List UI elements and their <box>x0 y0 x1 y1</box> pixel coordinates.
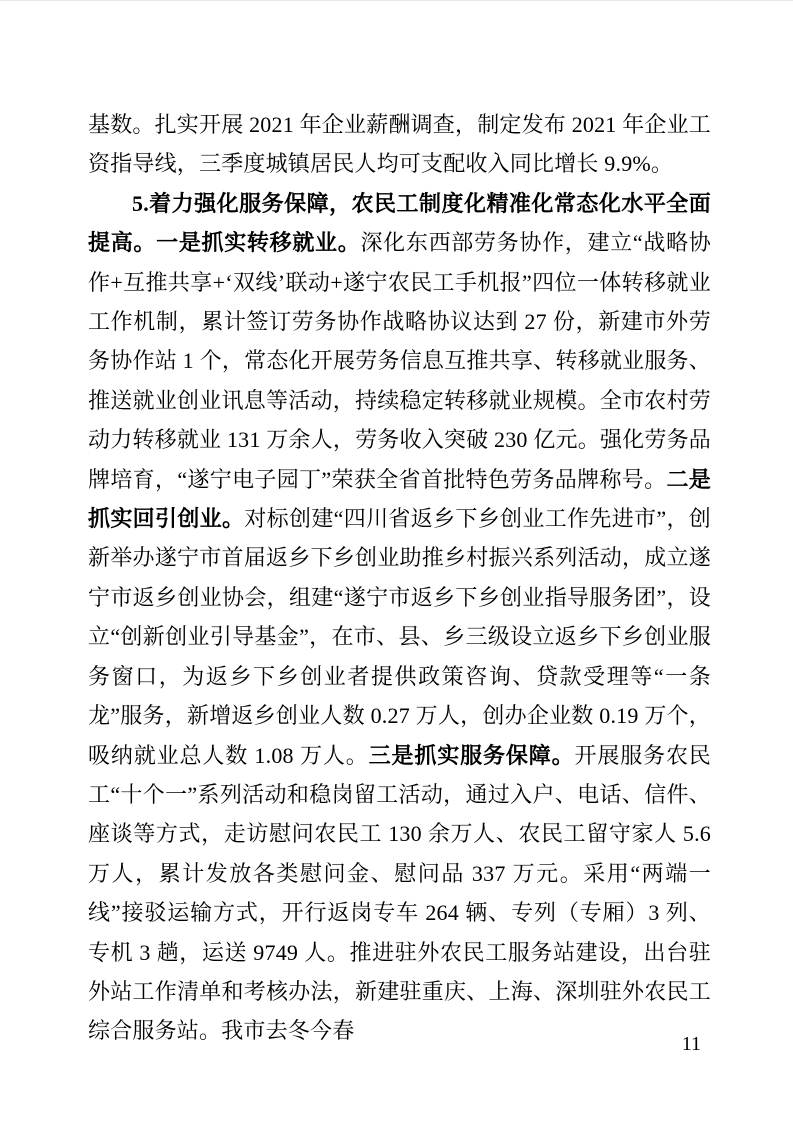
paragraph: 5.着力强化服务保障，农民工制度化精准化常态化水平全面提高。一是抓实转移就业。深… <box>88 184 711 1051</box>
paragraph: 基数。扎实开展 2021 年企业薪酬调查，制定发布 2021 年企业工资指导线，… <box>88 105 711 184</box>
page-number: 11 <box>682 1032 701 1056</box>
bold-text-run: 三是抓实服务保障。 <box>369 743 575 768</box>
document-body: 基数。扎实开展 2021 年企业薪酬调查，制定发布 2021 年企业工资指导线，… <box>88 105 711 1051</box>
text-run: 开展服务农民工“十个一”系列活动和稳岗留工活动，通过入户、电话、信件、座谈等方式… <box>88 743 711 1044</box>
text-run: 对标创建“四川省返乡下乡创业工作先进市”，创新举办遂宁市首届返乡下乡创业助推乡村… <box>88 506 711 767</box>
document-page: 基数。扎实开展 2021 年企业薪酬调查，制定发布 2021 年企业工资指导线，… <box>0 0 793 1122</box>
text-run: 基数。扎实开展 2021 年企业薪酬调查，制定发布 2021 年企业工资指导线，… <box>88 112 711 176</box>
text-run: 深化东西部劳务协作，建立“战略协作+互推共享+‘双线’联动+遂宁农民工手机报”四… <box>88 230 711 491</box>
